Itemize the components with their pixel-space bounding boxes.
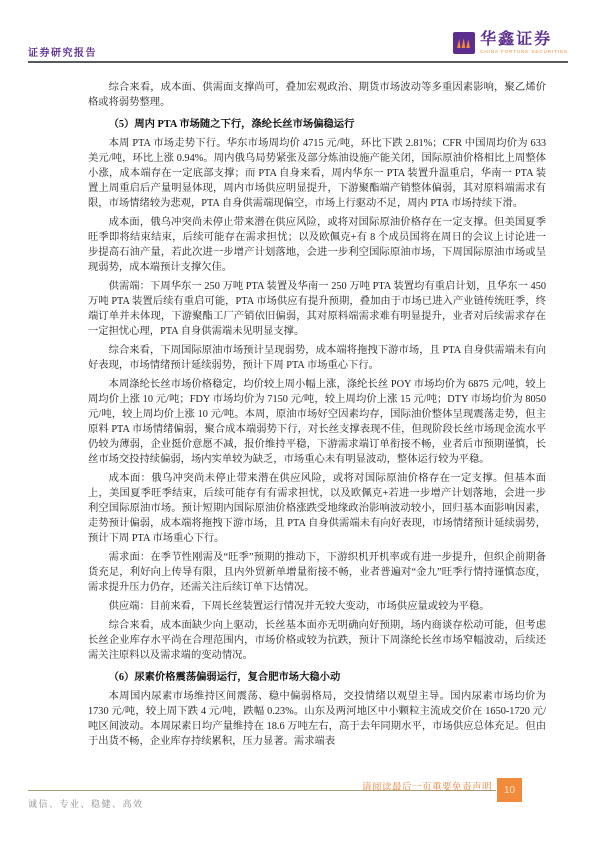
body-paragraph: 供需端：下周华东一 250 万吨 PTA 装置及华南一 250 万吨 PTA 装… xyxy=(88,279,546,339)
body-paragraph: 本周 PTA 市场走势下行。华东市场周均价 4715 元/吨，环比下跌 2.81… xyxy=(88,136,546,211)
page-number-badge: 10 xyxy=(497,778,522,802)
report-page: 证券研究报告 华鑫证券 CHINA FORTUNE SECURITIES 综合来… xyxy=(0,0,596,842)
content-blocks: 综合来看，成本面、供需面支撑尚可，叠加宏观政治、期货市场波动等多重因素影响，聚乙… xyxy=(88,80,546,749)
brand-name: 华鑫证券 xyxy=(480,32,568,48)
body-paragraph: 供应端：目前来看，下周长丝装置运行情况并无较大变动，市场供应量或较为平稳。 xyxy=(88,599,546,614)
body-paragraph: 综合来看，成本面缺少向上驱动，长丝基本面亦无明确向好预期，场内商谈存松动可能，但… xyxy=(88,618,546,663)
section-heading: （5）周内 PTA 市场随之下行，涤纶长丝市场偏稳运行 xyxy=(88,117,546,132)
fortune-logo-icon xyxy=(453,32,475,54)
body-paragraph: 综合来看，下周国际原油市场预计呈现弱势，成本端将拖拽下游市场，且 PTA 自身供… xyxy=(88,343,546,373)
disclaimer-note: 请阅读最后一页重要免责声明 xyxy=(362,779,492,793)
body-paragraph: 本周涤纶长丝市场价格稳定，均价较上周小幅上涨，涤纶长丝 POY 市场均价为 68… xyxy=(88,377,546,467)
body-paragraph: 成本面，俄乌冲突尚未停止带来潜在供应风险，或将对国际原油价格存在一定支撑。但美国… xyxy=(88,215,546,275)
header-divider xyxy=(28,61,568,63)
report-type-label: 证券研究报告 xyxy=(28,44,97,59)
brand-subtitle: CHINA FORTUNE SECURITIES xyxy=(480,50,568,55)
body-paragraph: 需求面：在季节性刚需及“旺季”预期的推动下，下游织机开机率或有进一步提升，但织企… xyxy=(88,550,546,595)
body-paragraph: 综合来看，成本面、供需面支撑尚可，叠加宏观政治、期货市场波动等多重因素影响，聚乙… xyxy=(88,80,546,110)
triple-flame-icon xyxy=(456,36,472,50)
brand-logo: 华鑫证券 CHINA FORTUNE SECURITIES xyxy=(453,32,568,55)
section-heading: （6）尿素价格震荡偏弱运行，复合肥市场大稳小动 xyxy=(88,670,546,685)
company-slogan: 诚信、专业、稳健、高效 xyxy=(28,797,144,810)
body-paragraph: 本周国内尿素市场维持区间震荡、稳中偏弱格局，交投情绪以观望主导。国内尿素市场均价… xyxy=(88,689,546,749)
brand-text: 华鑫证券 CHINA FORTUNE SECURITIES xyxy=(480,32,568,55)
body-paragraph: 成本面：俄乌冲突尚未停止带来潜在供应风险，或将对国际原油价格存在一定支撑。但基本… xyxy=(88,471,546,546)
